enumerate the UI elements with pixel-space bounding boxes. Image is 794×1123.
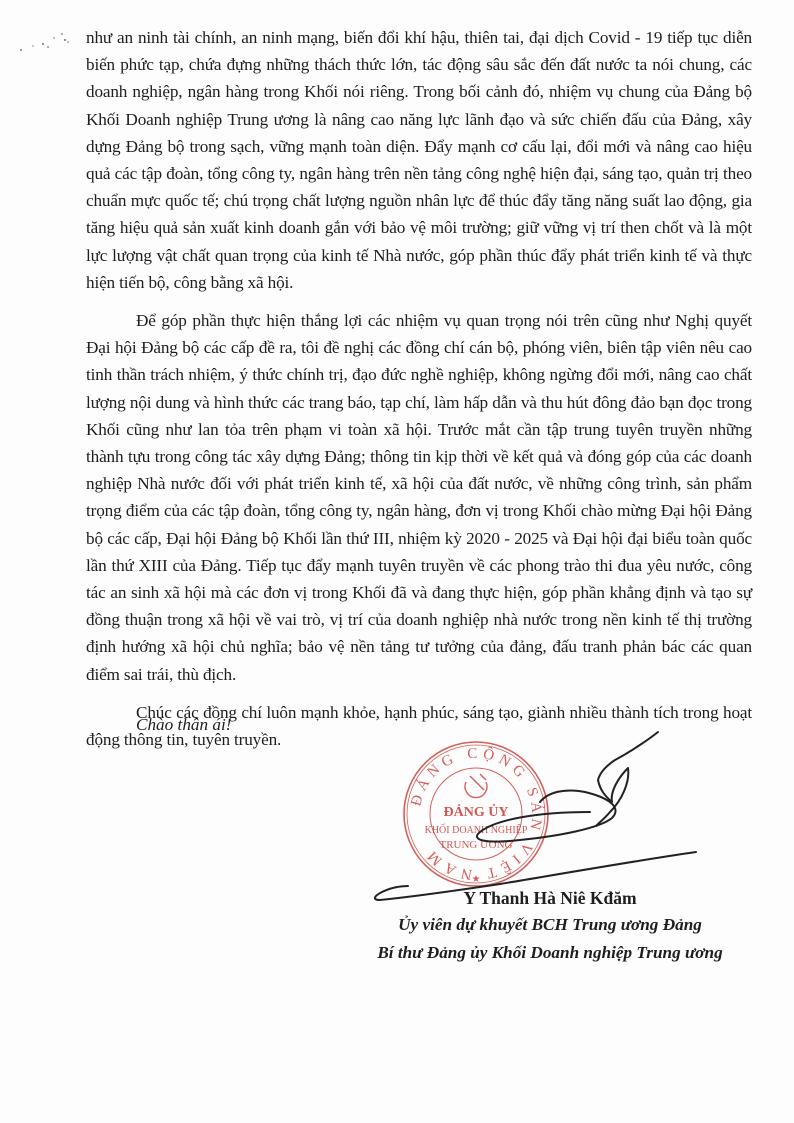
closing-greeting: Chào thân ái! <box>136 715 232 735</box>
document-page: như an ninh tài chính, an ninh mạng, biế… <box>0 0 794 1123</box>
handwritten-signature <box>360 700 700 910</box>
scan-speckles <box>18 28 88 58</box>
signer-title-1: Ủy viên dự khuyết BCH Trung ương Đảng <box>340 911 760 939</box>
letter-body: như an ninh tài chính, an ninh mạng, biế… <box>86 24 752 753</box>
signature-block: Y Thanh Hà Niê Kđăm Ủy viên dự khuyết BC… <box>340 885 760 967</box>
signer-title-2: Bí thư Đảng ủy Khối Doanh nghiệp Trung ư… <box>340 939 760 967</box>
paragraph-request: Để góp phần thực hiện thắng lợi các nhiệ… <box>86 307 752 688</box>
signer-name: Y Thanh Hà Niê Kđăm <box>340 885 760 911</box>
paragraph-context: như an ninh tài chính, an ninh mạng, biế… <box>86 24 752 296</box>
